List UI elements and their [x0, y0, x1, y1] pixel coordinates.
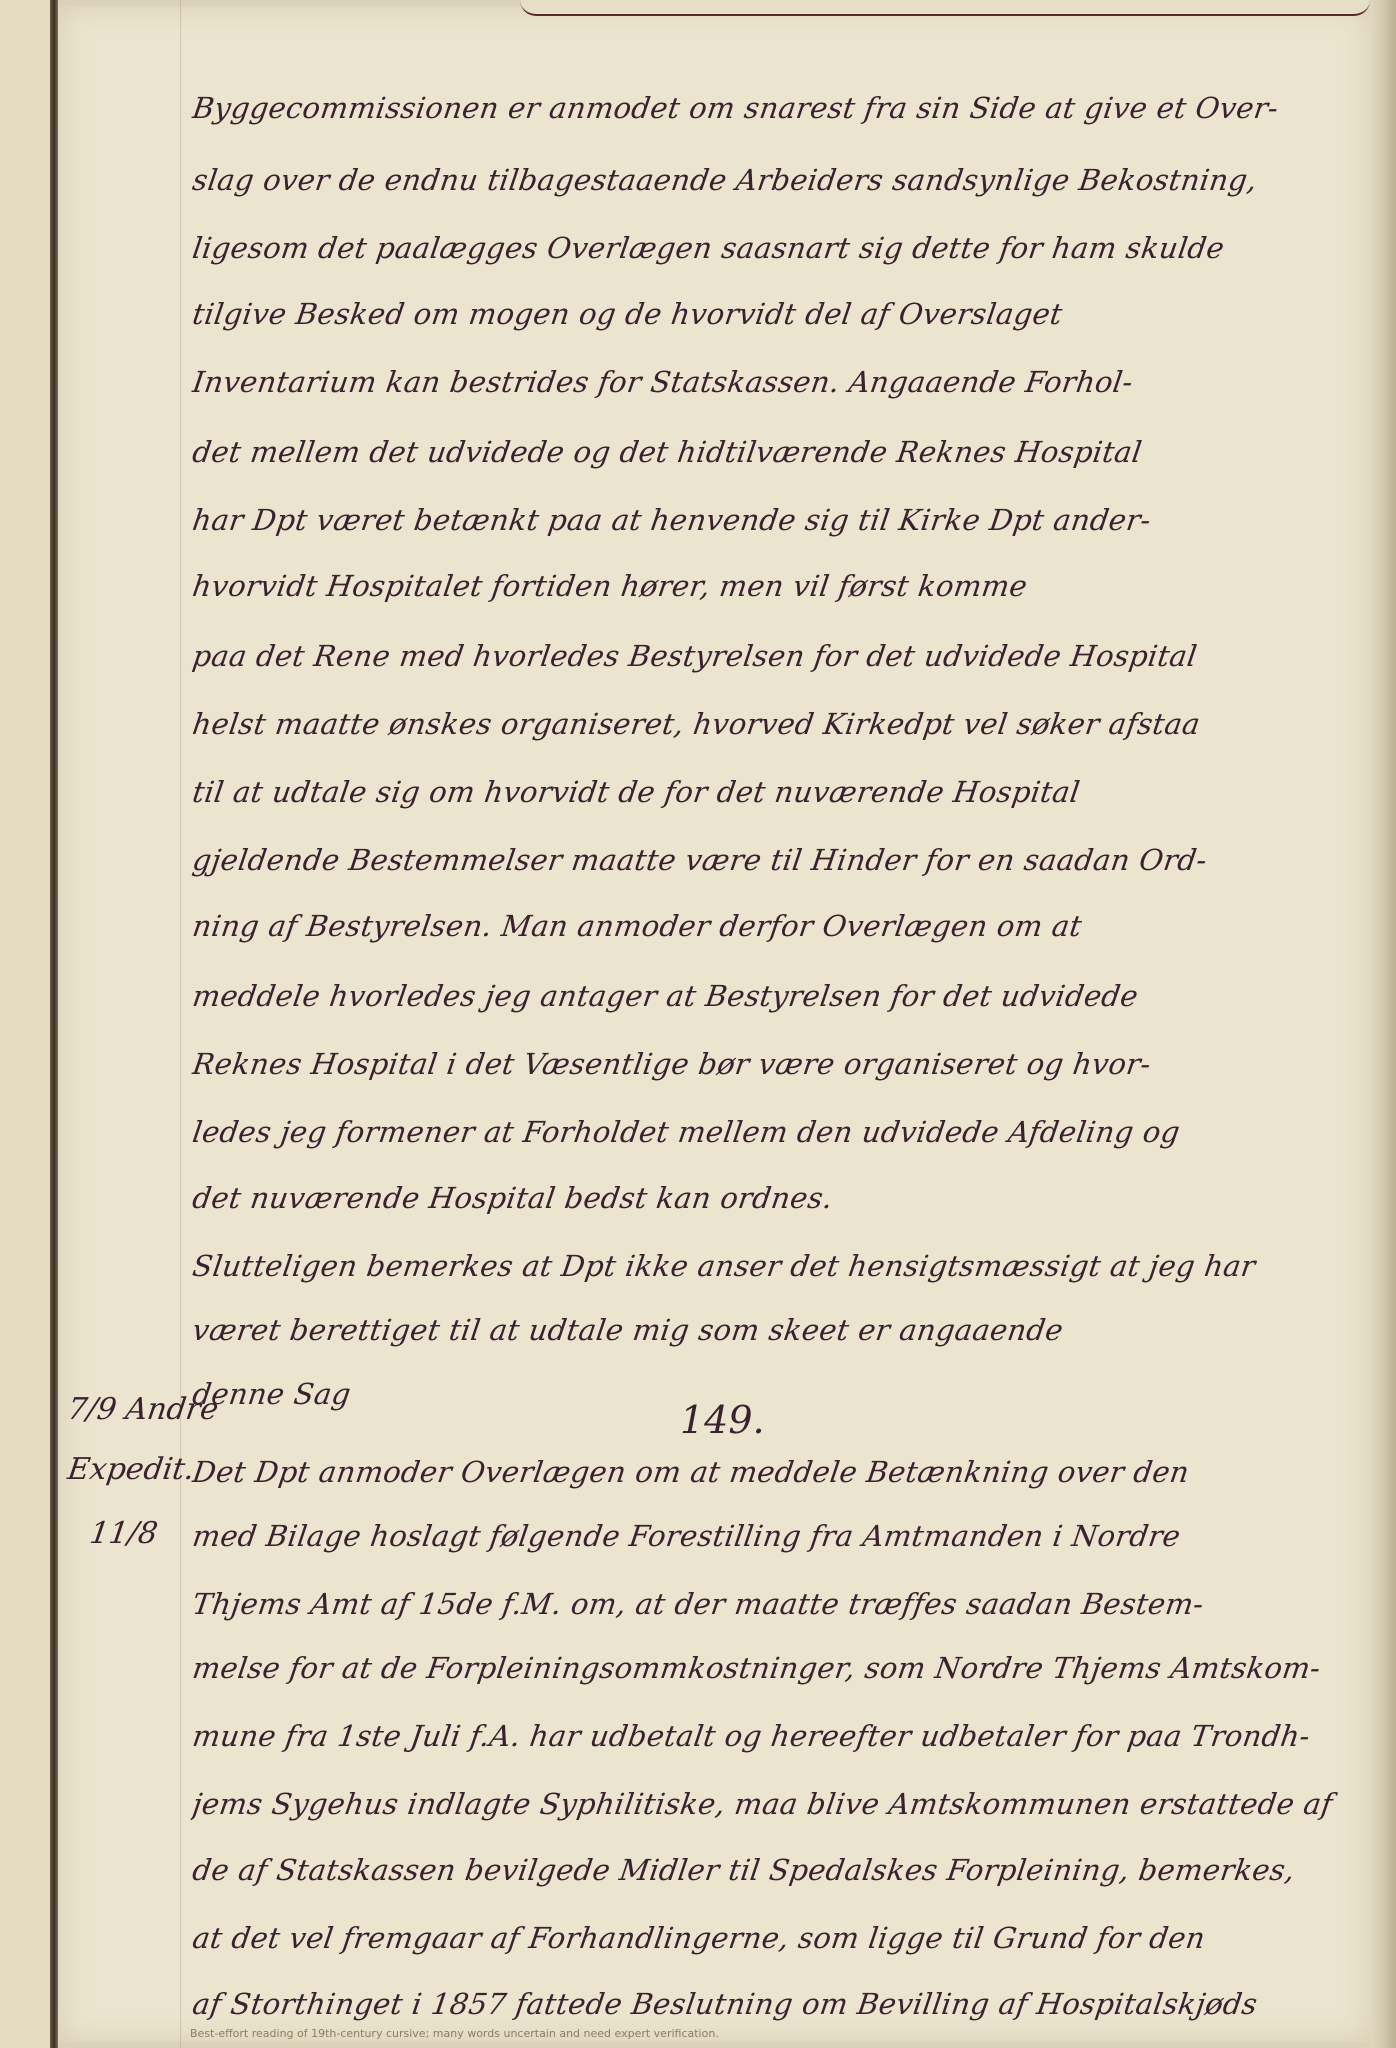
text-line: helst maatte ønskes organiseret, hvorved… [190, 704, 1356, 744]
text-line: det mellem det udvidede og det hidtilvær… [190, 432, 1356, 472]
text-line: det nuværende Hospital bedst kan ordnes. [190, 1178, 1356, 1218]
text-line: jems Sygehus indlagte Syphilitiske, maa … [190, 1784, 1356, 1824]
text-line: Reknes Hospital i det Væsentlige bør vær… [190, 1044, 1356, 1084]
text-line: slag over de endnu tilbagestaaende Arbei… [190, 160, 1356, 200]
text-line: Inventarium kan bestrides for Statskasse… [190, 362, 1356, 402]
text-line: Byggecommissionen er anmodet om snarest … [190, 88, 1356, 128]
text-line: hvorvidt Hospitalet fortiden hører, men … [190, 566, 1356, 606]
previous-page-edge [0, 0, 52, 2048]
text-line: Slutteligen bemerkes at Dpt ikke anser d… [190, 1246, 1356, 1286]
entry-number: 149. [680, 1398, 765, 1442]
text-line: paa det Rene med hvorledes Bestyrelsen f… [190, 636, 1356, 676]
text-line: at det vel fremgaar af Forhandlingerne, … [190, 1918, 1356, 1958]
text-line: været berettiget til at udtale mig som s… [190, 1310, 1356, 1350]
page-right-edge [1370, 0, 1396, 2048]
text-line: med Bilage hoslagt følgende Forestilling… [190, 1516, 1356, 1556]
text-line: Thjems Amt af 15de f.M. om, at der maatt… [190, 1584, 1356, 1624]
text-line: ligesom det paalægges Overlægen saasnart… [190, 228, 1356, 268]
text-line: ning af Bestyrelsen. Man anmoder derfor … [190, 906, 1356, 946]
page-top-edge [520, 0, 1370, 16]
transcription-caveat: Best-effort reading of 19th-century curs… [190, 2027, 719, 2040]
text-line: mune fra 1ste Juli f.A. har udbetalt og … [190, 1716, 1356, 1756]
margin-note-reply-date: 11/8 [88, 1516, 160, 1551]
text-line: denne Sag [190, 1374, 1356, 1414]
text-line: meddele hvorledes jeg antager at Bestyre… [190, 976, 1356, 1016]
text-line: til at udtale sig om hvorvidt de for det… [190, 772, 1356, 812]
margin-note-expedition: Expedit. [66, 1452, 197, 1487]
text-line: de af Statskassen bevilgede Midler til S… [190, 1850, 1356, 1890]
book-gutter [50, 0, 58, 2048]
text-line: gjeldende Bestemmelser maatte være til H… [190, 840, 1356, 880]
margin-note-date: 7/9 Andre [66, 1392, 221, 1427]
margin-rule [180, 0, 181, 2048]
text-line: Det Dpt anmoder Overlægen om at meddele … [190, 1452, 1356, 1492]
text-line: af Storthinget i 1857 fattede Beslutning… [190, 1984, 1356, 2024]
text-line: ledes jeg formener at Forholdet mellem d… [190, 1112, 1356, 1152]
text-line: har Dpt været betænkt paa at henvende si… [190, 500, 1356, 540]
text-line: melse for at de Forpleiningsommkostninge… [190, 1648, 1356, 1688]
text-line: tilgive Besked om mogen og de hvorvidt d… [190, 294, 1356, 334]
